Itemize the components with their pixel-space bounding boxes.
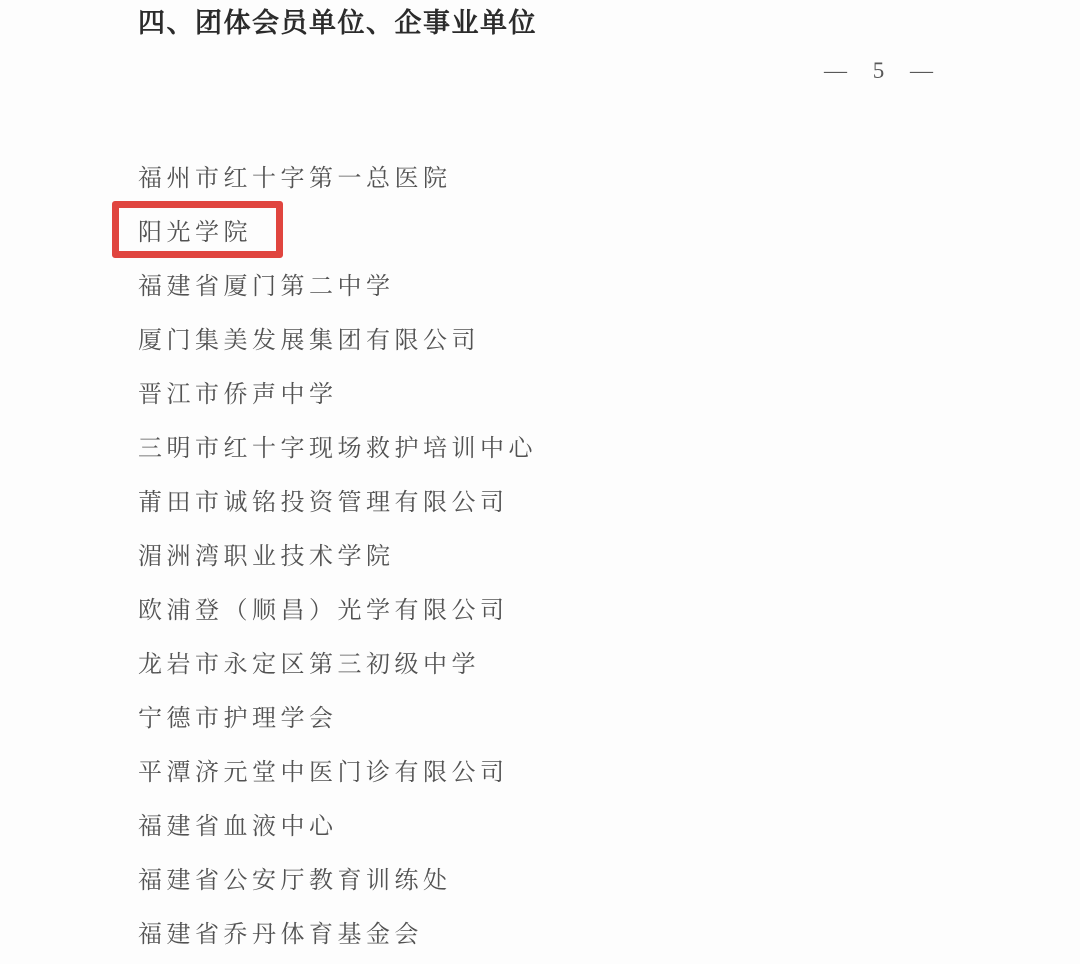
section-heading: 四、团体会员单位、企事业单位 [138, 6, 537, 40]
list-item: 福建省公安厅教育训练处 [138, 850, 938, 904]
list-item: 湄洲湾职业技术学院 [138, 526, 938, 580]
member-name: 宁德市护理学会 [138, 698, 338, 733]
list-item: 平潭济元堂中医门诊有限公司 [138, 742, 938, 796]
member-name: 莆田市诚铭投资管理有限公司 [138, 482, 509, 517]
document-page: 四、团体会员单位、企事业单位 — 5 — 福州市红十字第一总医院 阳光学院 福建… [0, 0, 1080, 964]
page-number: — 5 — [824, 54, 944, 88]
member-name: 欧浦登（顺昌）光学有限公司 [138, 590, 509, 625]
member-list: 福州市红十字第一总医院 阳光学院 福建省厦门第二中学 厦门集美发展集团有限公司 … [138, 148, 938, 958]
member-name: 三明市红十字现场救护培训中心 [138, 428, 537, 463]
highlight-box: 阳光学院 [112, 201, 283, 258]
list-item: 福建省血液中心 [138, 796, 938, 850]
member-name: 福州市红十字第一总医院 [138, 158, 452, 193]
list-item: 三明市红十字现场救护培训中心 [138, 418, 938, 472]
list-item: 龙岩市永定区第三初级中学 [138, 634, 938, 688]
member-name: 平潭济元堂中医门诊有限公司 [138, 752, 509, 787]
list-item: 厦门集美发展集团有限公司 [138, 310, 938, 364]
member-name: 晋江市侨声中学 [138, 374, 338, 409]
member-name: 福建省厦门第二中学 [138, 266, 395, 301]
list-item: 福建省厦门第二中学 [138, 256, 938, 310]
member-name: 龙岩市永定区第三初级中学 [138, 644, 480, 679]
list-item: 福州市红十字第一总医院 [138, 148, 938, 202]
list-item: 晋江市侨声中学 [138, 364, 938, 418]
list-item: 莆田市诚铭投资管理有限公司 [138, 472, 938, 526]
list-item: 阳光学院 [138, 202, 938, 256]
list-item: 宁德市护理学会 [138, 688, 938, 742]
list-item: 欧浦登（顺昌）光学有限公司 [138, 580, 938, 634]
member-name: 福建省公安厅教育训练处 [138, 860, 452, 895]
member-name: 阳光学院 [138, 212, 252, 247]
member-name: 福建省血液中心 [138, 806, 338, 841]
member-name: 湄洲湾职业技术学院 [138, 536, 395, 571]
member-name: 厦门集美发展集团有限公司 [138, 320, 480, 355]
member-name: 福建省乔丹体育基金会 [138, 914, 423, 949]
list-item: 福建省乔丹体育基金会 [138, 904, 938, 958]
